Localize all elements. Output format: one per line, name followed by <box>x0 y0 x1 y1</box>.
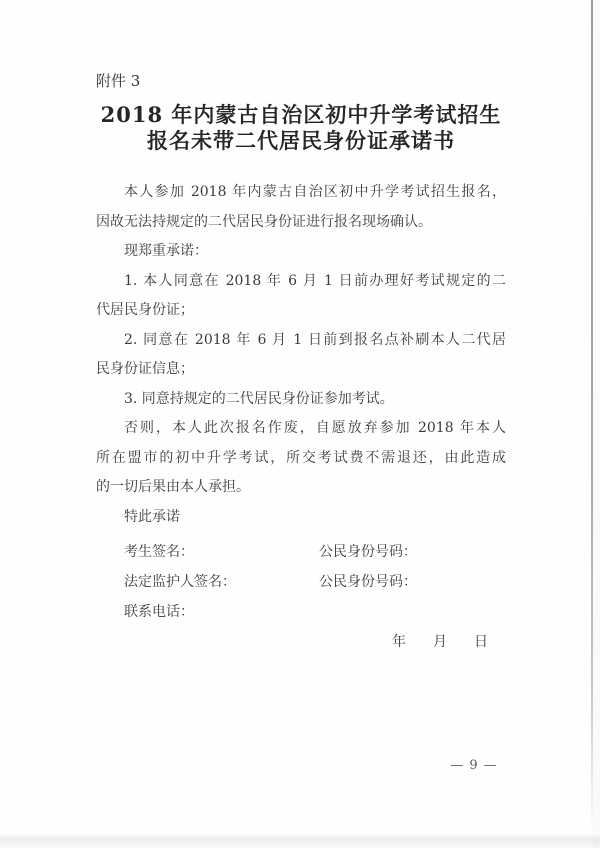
guardian-signature-label: 法定监护人签名： <box>124 574 236 590</box>
date-day-label: 日 <box>474 627 488 657</box>
text-line: 本人参加 2018 年内蒙古自治区初中升学考试招生报名， <box>96 178 506 208</box>
paragraph-item-1: 1. 本人同意在 2018 年 6 月 1 日前办理好考试规定的二 代居民身份证… <box>96 267 506 326</box>
scan-bottom-shadow-artifact <box>0 834 600 848</box>
document-body: 本人参加 2018 年内蒙古自治区初中升学考试招生报名， 因故无法持规定的二代居… <box>96 178 506 532</box>
paragraph-intro: 本人参加 2018 年内蒙古自治区初中升学考试招生报名， 因故无法持规定的二代居… <box>96 178 506 237</box>
title-line-2: 报名未带二代居民身份证承诺书 <box>96 128 506 154</box>
text-line: 因故无法持规定的二代居民身份证进行报名现场确认。 <box>96 208 506 238</box>
paragraph-closing: 特此承诺 <box>96 503 506 533</box>
title-line-1: 2018 年内蒙古自治区初中升学考试招生 <box>96 102 506 128</box>
date-line-inner: 年 月 日 <box>392 627 488 657</box>
scanned-document-page: 附件 3 2018 年内蒙古自治区初中升学考试招生 报名未带二代居民身份证承诺书… <box>0 0 600 848</box>
paragraph-pledge-lead: 现郑重承诺： <box>96 237 506 267</box>
paragraph-item-3: 3. 同意持规定的二代居民身份证参加考试。 <box>96 385 506 415</box>
student-id-number-label: 公民身份号码： <box>319 537 417 567</box>
text-line: 特此承诺 <box>96 503 506 533</box>
signature-row-phone: 联系电话： <box>96 597 506 627</box>
text-line: 否则，本人此次报名作废，自愿放弃参加 2018 年本人 <box>96 414 506 444</box>
text-line: 1. 本人同意在 2018 年 6 月 1 日前办理好考试规定的二 <box>96 267 506 297</box>
text-line: 所在盟市的初中升学考试，所交考试费不需退还，由此造成 <box>96 444 506 474</box>
signature-block: 考生签名： 公民身份号码： 法定监护人签名： 公民身份号码： 联系电话： <box>96 537 506 627</box>
guardian-id-number-label: 公民身份号码： <box>319 567 417 597</box>
contact-phone-label: 联系电话： <box>124 604 194 620</box>
date-month-label: 月 <box>433 627 447 657</box>
signature-row-guardian: 法定监护人签名： 公民身份号码： <box>96 567 506 597</box>
text-line: 代居民身份证； <box>96 296 506 326</box>
paragraph-item-2: 2. 同意在 2018 年 6 月 1 日前到报名点补刷本人二代居 民身份证信息… <box>96 326 506 385</box>
page-number: — 9 — <box>440 757 508 774</box>
signature-row-student: 考生签名： 公民身份号码： <box>96 537 506 567</box>
student-signature-label: 考生签名： <box>124 544 194 560</box>
date-line: 年 月 日 <box>96 627 506 657</box>
text-line: 3. 同意持规定的二代居民身份证参加考试。 <box>96 385 506 415</box>
scan-right-margin-artifact <box>593 0 600 848</box>
paragraph-consequence: 否则，本人此次报名作废，自愿放弃参加 2018 年本人 所在盟市的初中升学考试，… <box>96 414 506 503</box>
attachment-label: 附件 3 <box>96 71 140 91</box>
text-line: 现郑重承诺： <box>96 237 506 267</box>
text-line: 2. 同意在 2018 年 6 月 1 日前到报名点补刷本人二代居 <box>96 326 506 356</box>
text-line: 民身份证信息； <box>96 355 506 385</box>
text-line: 的一切后果由本人承担。 <box>96 473 506 503</box>
date-year-label: 年 <box>392 627 406 657</box>
document-title: 2018 年内蒙古自治区初中升学考试招生 报名未带二代居民身份证承诺书 <box>96 102 506 153</box>
